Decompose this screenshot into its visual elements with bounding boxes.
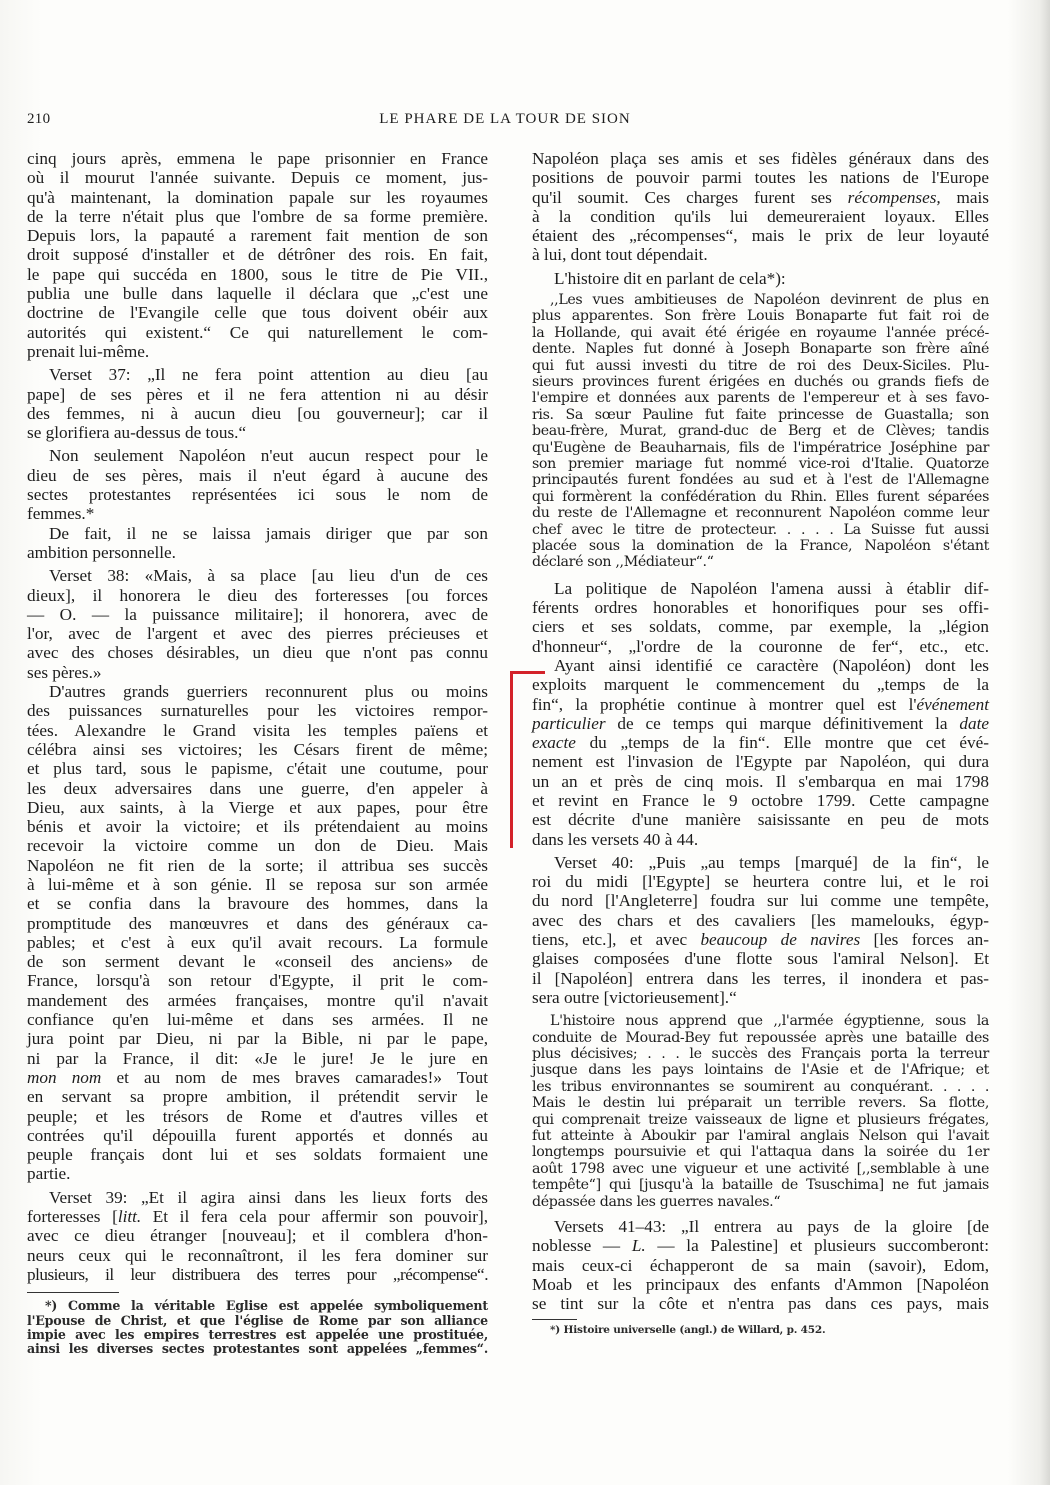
quote-line: fut atteinte à Aboukir par l'amiral angl… [532, 1128, 989, 1144]
text-line: D'autres grands guerriers reconnurent pl… [27, 682, 488, 701]
text-line: tiens, etc.], et avec beaucoup de navire… [532, 930, 989, 949]
text-line: à la condition qu'ils lui demeureraient … [532, 207, 989, 226]
text-line: mandement des armées françaises, montre … [27, 991, 488, 1010]
text-line: prenait lui-même. [27, 342, 488, 361]
text-line: Ayant ainsi identifié ce caractère (Napo… [532, 656, 989, 675]
text-line: le pape qui succéda en 1800, sous le tit… [27, 265, 488, 284]
footnote-divider [532, 1319, 577, 1320]
text-line: mon nom et au nom de mes braves camarade… [27, 1068, 488, 1087]
text-line: se tint sur la côte et n'entra pas dans … [532, 1294, 989, 1313]
quote-line: sieurs provinces furent érigées en duché… [532, 374, 989, 390]
text-line: se glorifiera au-dessus de tous.“ [27, 423, 488, 442]
text-line: L'histoire dit en parlant de cela*): [532, 269, 989, 288]
quote-line: plus décisives; . . . le succès des Fran… [532, 1046, 989, 1062]
text-line: promptitude des manœuvres et dans des gé… [27, 914, 488, 933]
quote-line: qui formèrent la confédération du Rhin. … [532, 489, 989, 505]
text-line: de son serment devant le «conseil des an… [27, 952, 488, 971]
text-line: femmes.* [27, 504, 488, 523]
text-line: dans les versets 40 à 44. [532, 830, 989, 849]
quote-line: son premier mariage fut nommé vice-roi d… [532, 456, 989, 472]
quote-line: du reste de l'Allemagne et reconnurent N… [532, 505, 989, 521]
text-line: du nord [l'Angleterre] foudra sur lui co… [532, 891, 989, 910]
text-line: De fait, il ne se laissa jamais diriger … [27, 524, 488, 543]
text-line: exacte du „temps de la fin“. Elle montre… [532, 733, 989, 752]
italic-text: particulier [532, 714, 606, 733]
footnote-line: impie avec les empires terrestres est ap… [27, 1328, 488, 1342]
text-line: tées. Alexandre le Grand visita les temp… [27, 721, 488, 740]
text-line: et se confia dans la bravoure des hommes… [27, 894, 488, 913]
quote-line: déclaré son ,,Médiateur“.“ [532, 554, 989, 570]
italic-text: événement [916, 695, 989, 714]
footnote-line: *) Comme la véritable Eglise est appelée… [27, 1299, 488, 1313]
text-line: dieu de ses pères, mais il n'eut égard à… [27, 466, 488, 485]
paragraph-time-of-end-highlighted: Ayant ainsi identifié ce caractère (Napo… [532, 656, 989, 849]
text-line: férents ordres honorables et honorifique… [532, 598, 989, 617]
scanned-book-page: 210 LE PHARE DE LA TOUR DE SION cinq jou… [0, 0, 1050, 1485]
text-line: est décrite d'une manière saisissante en… [532, 810, 989, 829]
text-line: de la terre n'était plus que l'ombre de … [27, 207, 488, 226]
text-line: célébra ainsi ses victoires; les Césars … [27, 740, 488, 759]
text-line: des puissances surnaturelles pour les vi… [27, 701, 488, 720]
text-line: qu'il soumit. Ces charges furent ses réc… [532, 188, 989, 207]
text-line: Versets 41–43: „Il entrera au pays de la… [532, 1217, 989, 1236]
italic-text: exacte [532, 733, 576, 752]
text-line: Verset 37: „Il ne fera point attention a… [27, 365, 488, 384]
quote-line: ris. Sa sœur Pauline fut faite princesse… [532, 407, 989, 423]
quote-history-egypt: L'histoire nous apprend que ,,l'armée ég… [532, 1013, 989, 1210]
text-line: Non seulement Napoléon n'eut aucun respe… [27, 446, 488, 465]
left-column: cinq jours après, emmena le pape prisonn… [27, 149, 488, 1356]
paragraph-verse-37: Verset 37: „Il ne fera point attention a… [27, 365, 488, 442]
text-line: forteresses [litt. Et il fera cela pour … [27, 1207, 488, 1226]
quote-line: jusque dans les pays lointains de l'Asie… [532, 1062, 989, 1078]
text-line: Verset 39: „Et il agira ainsi dans les l… [27, 1188, 488, 1207]
quote-line: principautés furent fondées au sud et à … [532, 472, 989, 488]
footnote-divider [27, 1292, 119, 1293]
quote-line: la Hollande, qui avait été érigée en roy… [532, 325, 989, 341]
text-line: avec ce dieu étranger [nouveau]; et il c… [27, 1226, 488, 1245]
text-line: Verset 38: «Mais, à sa place [au lieu d'… [27, 566, 488, 585]
text-line: ses pères.» [27, 663, 488, 682]
text-line: noblesse — L. — la Palestine] et plusieu… [532, 1236, 989, 1255]
italic-text: beaucoup de navires [700, 930, 860, 949]
text-line: Dieu, aux saints, à la Vierge et aux pap… [27, 798, 488, 817]
text-line: avec des choses désirables, un dieu que … [27, 643, 488, 662]
footnote-line: l'Epouse de Christ, et que l'église de R… [27, 1314, 488, 1328]
text-line: d'honneur“, „l'ordre de la couronne de f… [532, 637, 989, 656]
italic-text: date [959, 714, 989, 733]
text-line: confiance qu'en lui-même et dans ses arm… [27, 1010, 488, 1029]
text-line: ciers et ses soldats, comme, par exemple… [532, 617, 989, 636]
quote-line: Mais le destin lui préparait un terrible… [532, 1095, 989, 1111]
text-line: sectes protestantes représentées ici sou… [27, 485, 488, 504]
footnote-right: *) Histoire universelle (angl.) de Willa… [532, 1324, 989, 1337]
running-title: LE PHARE DE LA TOUR DE SION [0, 111, 1010, 128]
text-line: les deux adversaires dans une guerre, d'… [27, 779, 488, 798]
quote-line: conduite de Mourad-Bey fut repoussée apr… [532, 1030, 989, 1046]
text-line: plusieurs, il leur distribuera des terre… [27, 1265, 488, 1284]
text-line: La politique de Napoléon l'amena aussi à… [532, 579, 989, 598]
text-line: bénis et avoir la victoire; et ils préte… [27, 817, 488, 836]
quote-line: les tribus environnantes se soumirent au… [532, 1079, 989, 1095]
quote-line: tempête“] qui [jusqu'à la bataille de Ts… [532, 1177, 989, 1193]
text-line: fin“, la prophétie continue à montrer qu… [532, 695, 989, 714]
text-line: particulier de ce temps qui marque défin… [532, 714, 989, 733]
text-line: ni par la France, il dit: «Je le jure! J… [27, 1049, 488, 1068]
text-line: avec des chars et des cavaliers [les mam… [532, 911, 989, 930]
paragraph-verse-39: Verset 39: „Et il agira ainsi dans les l… [27, 1188, 488, 1284]
text-line: contrées qu'il dépouilla furent apportés… [27, 1126, 488, 1145]
red-margin-bracket [510, 671, 513, 848]
quote-line: qu'Eugène de Beauharnais, fils de l'impé… [532, 440, 989, 456]
text-line: cinq jours après, emmena le pape prisonn… [27, 149, 488, 168]
text-line: et revint en France le 9 octobre 1799. C… [532, 791, 989, 810]
text-line: Depuis lors, la papauté a rarement fait … [27, 226, 488, 245]
paragraph-papacy: cinq jours après, emmena le pape prisonn… [27, 149, 488, 361]
quote-line: L'histoire nous apprend que ,,l'armée ég… [532, 1013, 989, 1029]
paragraph-verse-38: Verset 38: «Mais, à sa place [au lieu d'… [27, 566, 488, 682]
quote-line: beau-frère, Murat, grand-duc de Berg et … [532, 423, 989, 439]
quote-line: août 1798 avec une vigueur et une activi… [532, 1161, 989, 1177]
text-line: à lui, dont tout dépendait. [532, 245, 989, 264]
paragraph-orders: La politique de Napoléon l'amena aussi à… [532, 579, 989, 656]
text-line: sera outre [victorieusement].“ [532, 988, 989, 1007]
italic-text: récompenses, [848, 188, 941, 207]
quote-line: plus apparentes. Son frère Louis Bonapar… [532, 308, 989, 324]
text-line: mais ceux-ci échapperont de sa main (sav… [532, 1256, 989, 1275]
text-line: exploits marquent le commencement du „te… [532, 675, 989, 694]
paragraph-rewards: Napoléon plaça ses amis et ses fidèles g… [532, 149, 989, 265]
text-line: nement est l'invasion de l'Egypte par Na… [532, 752, 989, 771]
text-line: dieux], il honorera le dieu des forteres… [27, 586, 488, 605]
text-line: des femmes, ni à aucun dieu [ou gouverne… [27, 404, 488, 423]
footnote-left: *) Comme la véritable Eglise est appelée… [27, 1299, 488, 1356]
text-line: roi du midi [l'Egypte] se heurtera contr… [532, 872, 989, 891]
text-line: partie. [27, 1164, 488, 1183]
quote-line: dépassée dans les guerres navales.“ [532, 1194, 989, 1210]
text-line: ambition personnelle. [27, 543, 488, 562]
text-line: neurs ceux qui le reconnaîtront, il les … [27, 1246, 488, 1265]
text-line: recevoir la victoire comme un don de Die… [27, 836, 488, 855]
text-line: Moab et les principaux des enfants d'Amm… [532, 1275, 989, 1294]
paragraph-verses-41-43: Versets 41–43: „Il entrera au pays de la… [532, 1217, 989, 1313]
text-line: France, lorsqu'à son retour d'Egypte, il… [27, 971, 488, 990]
italic-text: L. [632, 1236, 646, 1255]
text-line: et plus tard, sous le papisme, c'était u… [27, 759, 488, 778]
quote-line: chef avec le titre de protecteur. . . . … [532, 522, 989, 538]
text-line: pables; et c'est à eux qu'il avait recou… [27, 933, 488, 952]
text-line: pape] de ses pères et il ne fera attenti… [27, 385, 488, 404]
quote-line: qui comprenait treize vaisseaux de ligne… [532, 1112, 989, 1128]
text-line: — O. — la puissance militaire]; il honor… [27, 605, 488, 624]
text-line: Napoléon plaça ses amis et ses fidèles g… [532, 149, 989, 168]
text-line: étaient des „récompenses“, mais le prix … [532, 226, 989, 245]
text-line: il [Napoléon] entrera dans les terres, i… [532, 969, 989, 988]
quote-line: placée sous la domination de la France, … [532, 538, 989, 554]
text-line: droit supposé d'installer et de détrôner… [27, 245, 488, 264]
quote-line: dente. Naples fut donné à Joseph Bonapar… [532, 341, 989, 357]
text-line: autorités qui existent.“ Ce qui naturell… [27, 323, 488, 342]
text-line: Verset 40: „Puis „au temps [marqué] de l… [532, 853, 989, 872]
text-line: qu'à maintenant, la domination papale su… [27, 188, 488, 207]
text-line: où il mourut l'année suivante. Depuis ce… [27, 168, 488, 187]
text-line: jura point par Dieu, ni par la Bible, ni… [27, 1029, 488, 1048]
text-line: publia une bulle dans laquelle il déclar… [27, 284, 488, 303]
paragraph-ambition: De fait, il ne se laissa jamais diriger … [27, 524, 488, 563]
text-line: à lui-même et à son génie. Il se reposa … [27, 875, 488, 894]
paragraph-warriors: D'autres grands guerriers reconnurent pl… [27, 682, 488, 1184]
italic-text: mon nom [27, 1068, 101, 1087]
paragraph-verse-40: Verset 40: „Puis „au temps [marqué] de l… [532, 853, 989, 1007]
quote-line: qui fut aussi investi du titre de roi de… [532, 358, 989, 374]
text-line: l'or, avec de l'argent et avec des pierr… [27, 624, 488, 643]
text-line: Napoléon ne fit rien de la sorte; il att… [27, 856, 488, 875]
italic-text: litt. [118, 1207, 141, 1226]
quote-line: longtemps poursuivie et qui l'attaqua da… [532, 1144, 989, 1160]
text-line: positions de pouvoir parmi toutes les na… [532, 168, 989, 187]
quote-history-ambitions: ,,Les vues ambitieuses de Napoléon devin… [532, 292, 989, 571]
text-line: glaises composées d'une flotte sous l'am… [532, 949, 989, 968]
paragraph-napoleon-respect: Non seulement Napoléon n'eut aucun respe… [27, 446, 488, 523]
quote-line: ,,Les vues ambitieuses de Napoléon devin… [532, 292, 989, 308]
footnote-line: ainsi les diverses sectes protestantes s… [27, 1342, 488, 1356]
text-line: doctrine de l'Evangile celle que tous do… [27, 303, 488, 322]
right-column: Napoléon plaça ses amis et ses fidèles g… [532, 149, 989, 1337]
text-line: un an et près de cinq mois. Il s'embarqu… [532, 772, 989, 791]
text-line: peuple; et les trésors de Rome et d'autr… [27, 1107, 488, 1126]
text-line: en servant sa propre ambition, il préten… [27, 1087, 488, 1106]
text-line: peuple français dont lui et ses soldats … [27, 1145, 488, 1164]
quote-line: l'empire et données aux parents de l'emp… [532, 390, 989, 406]
